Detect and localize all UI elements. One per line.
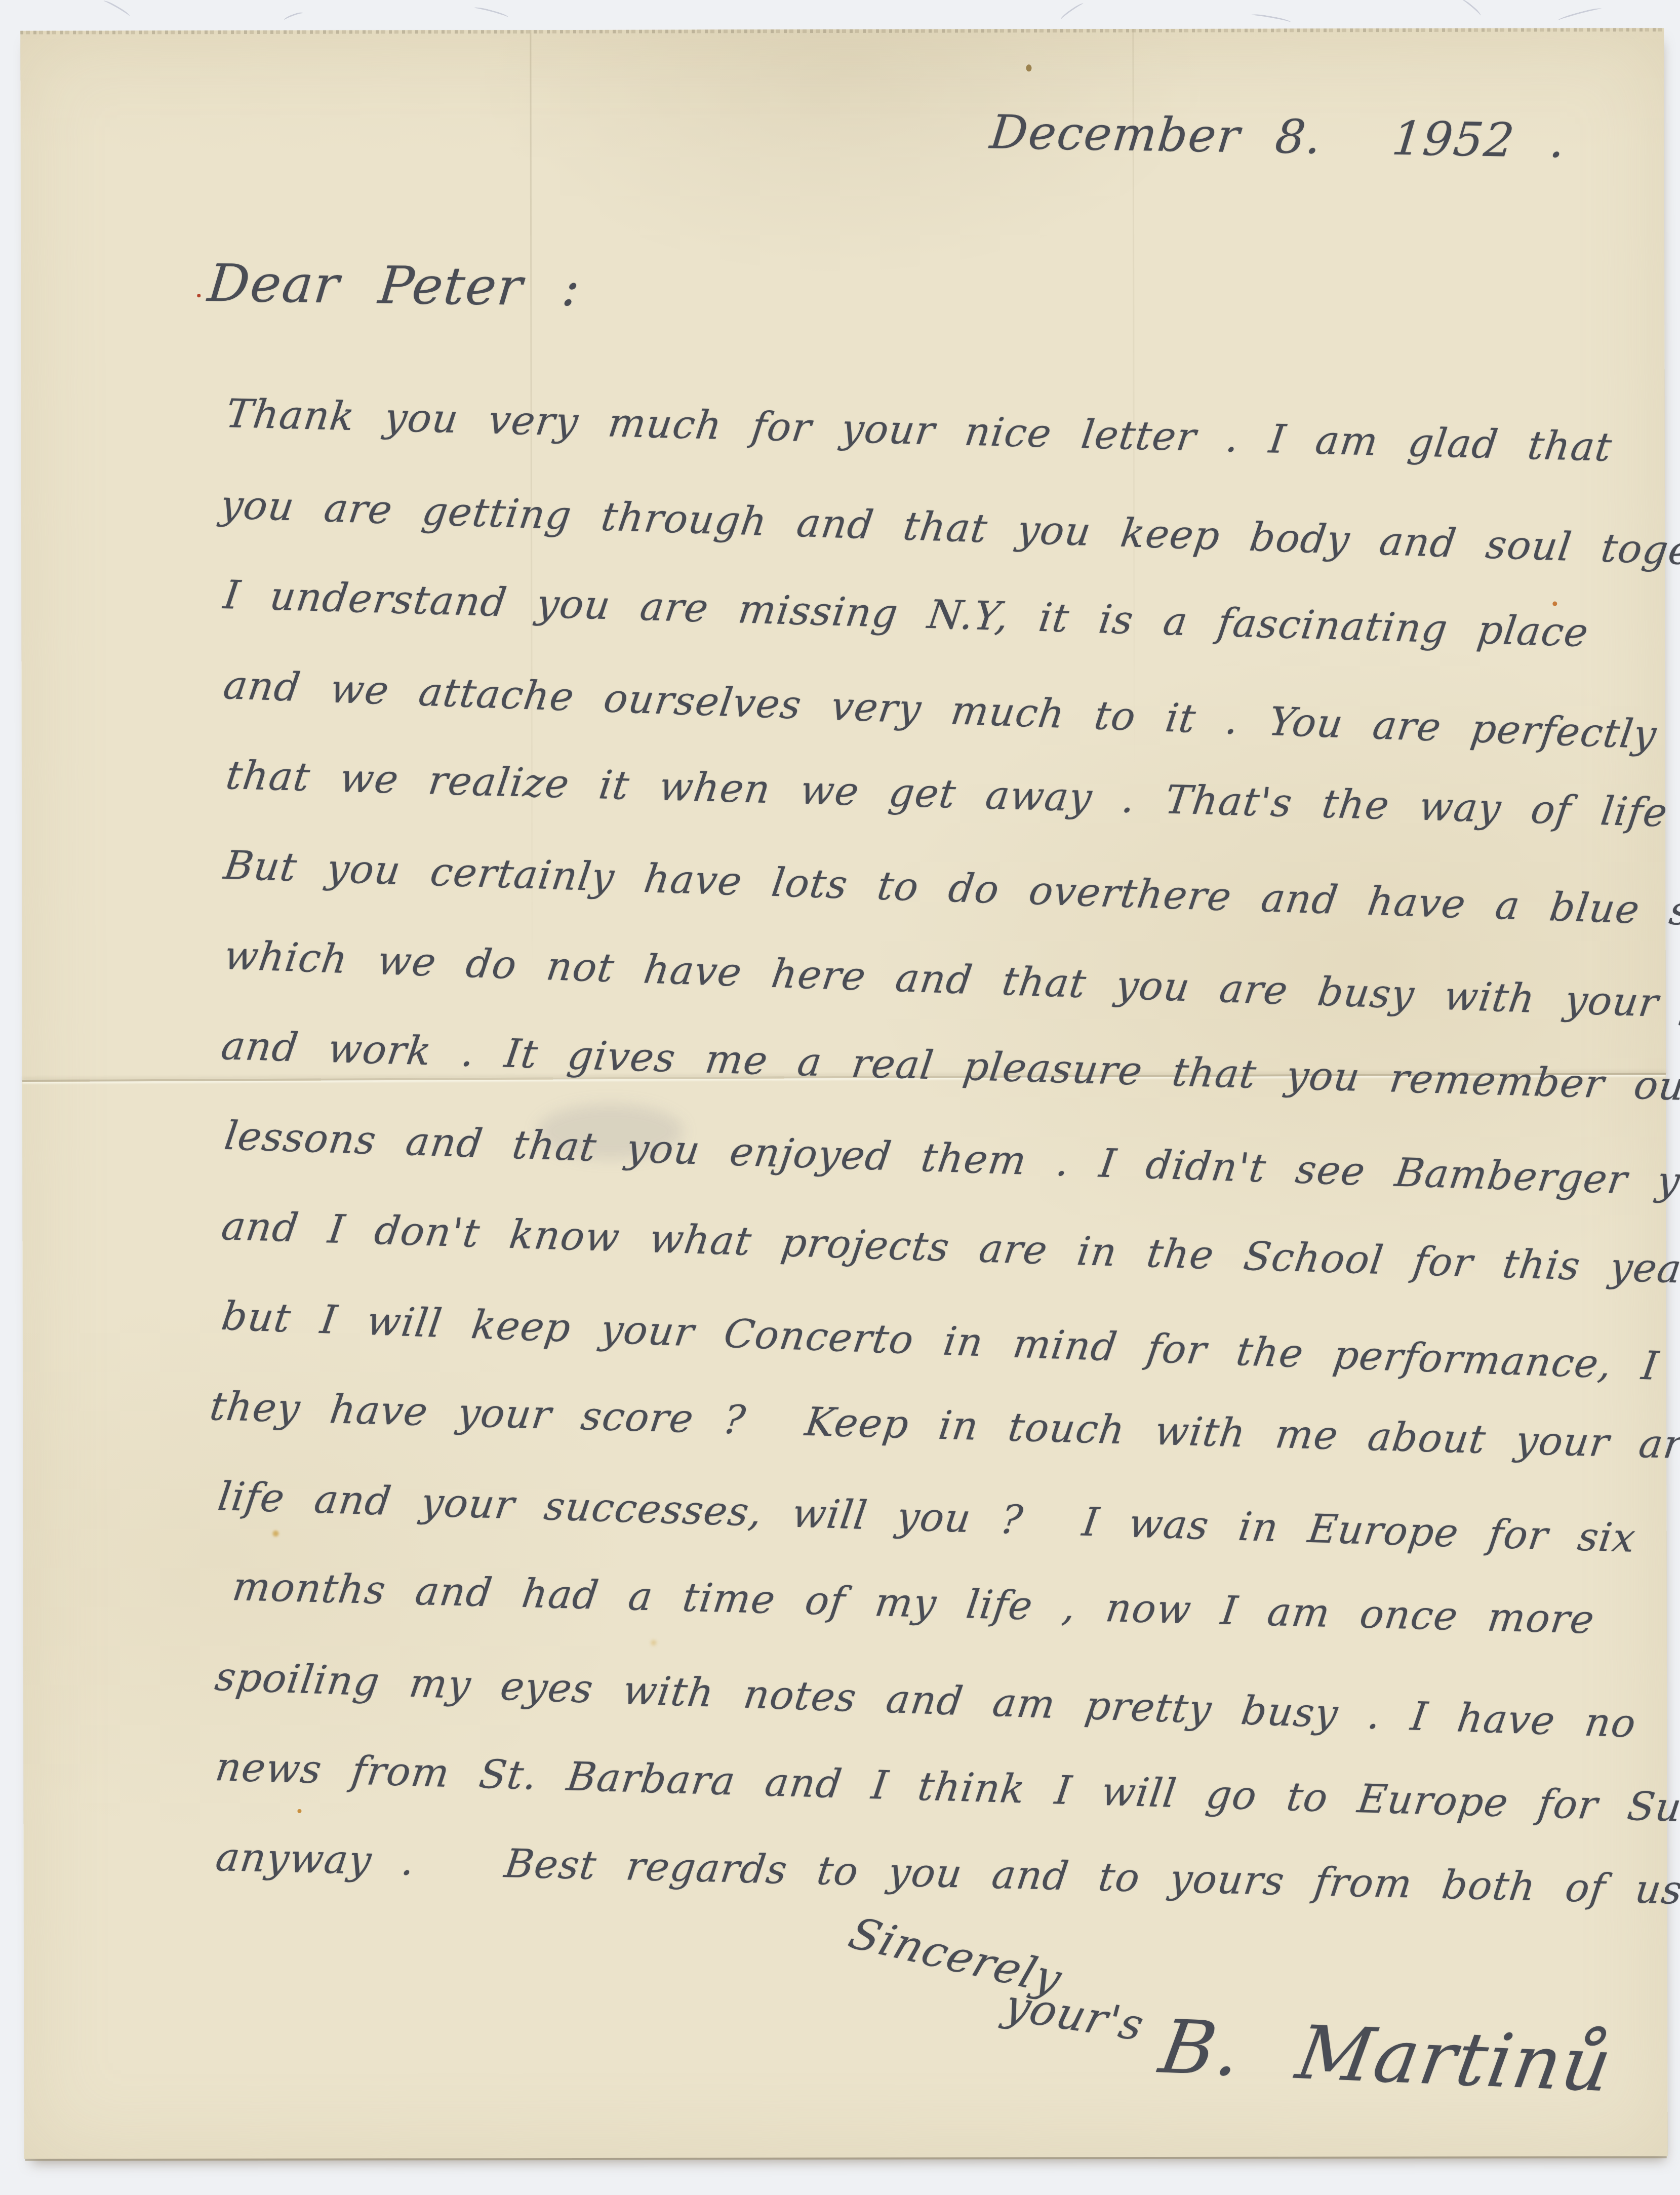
paper-deckle-edge: [20, 28, 1664, 34]
body-line: lessons and that you enjoyed them . I di…: [222, 1113, 1680, 1206]
signature: B. Martinů: [1154, 2004, 1619, 2108]
body-line: months and had a time of my life , now I…: [230, 1564, 1597, 1642]
foxing-speck: [197, 294, 201, 297]
body-line: I understand you are missing N.Y, it is …: [221, 572, 1591, 656]
letter-date: December 8. 1952 .: [988, 105, 1569, 168]
closing-yours: your's: [999, 1980, 1150, 2051]
body-line: that we realize it when we get away . Th…: [223, 753, 1680, 837]
body-line: anyway . Best regards to you and to your…: [213, 1834, 1680, 1914]
body-line: and work . It gives me a real pleasure t…: [219, 1023, 1680, 1110]
body-line: which we do not have here and that you a…: [221, 933, 1680, 1029]
body-line: news from St. Barbara and I think I will…: [213, 1744, 1680, 1834]
body-line: and we attache ourselves very much to it…: [221, 662, 1680, 766]
ghost-mark: [283, 11, 304, 22]
body-line: But you certainly have lots to do overth…: [221, 843, 1680, 936]
foxing-speck: [651, 1640, 656, 1645]
foxing-speck: [1026, 64, 1031, 71]
letter-salutation: Dear Peter :: [205, 253, 583, 318]
ghost-mark: [1460, 0, 1483, 18]
letter-paper: December 8. 1952 . Dear Peter : Thank yo…: [20, 28, 1667, 2159]
ghost-mark: [1251, 13, 1292, 25]
ghost-mark: [1059, 2, 1085, 22]
foxing-speck: [297, 1809, 301, 1813]
body-line: spoiling my eyes with notes and am prett…: [212, 1654, 1639, 1747]
ghost-mark: [102, 0, 131, 18]
foxing-speck: [273, 1531, 279, 1537]
body-line: Thank you very much for your nice letter…: [223, 391, 1615, 471]
ghost-mark: [1557, 7, 1603, 23]
body-line: you are getting through and that you kee…: [218, 482, 1680, 578]
body-line: and I don't know what projects are in th…: [219, 1203, 1680, 1293]
body-line: they have your score ? Keep in touch wit…: [207, 1384, 1680, 1470]
body-line: life and your successes, will you ? I wa…: [215, 1474, 1638, 1561]
foxing-speck: [1552, 602, 1557, 606]
body-line: but I will keep your Concerto in mind fo…: [219, 1294, 1680, 1394]
ghost-mark: [473, 6, 509, 20]
